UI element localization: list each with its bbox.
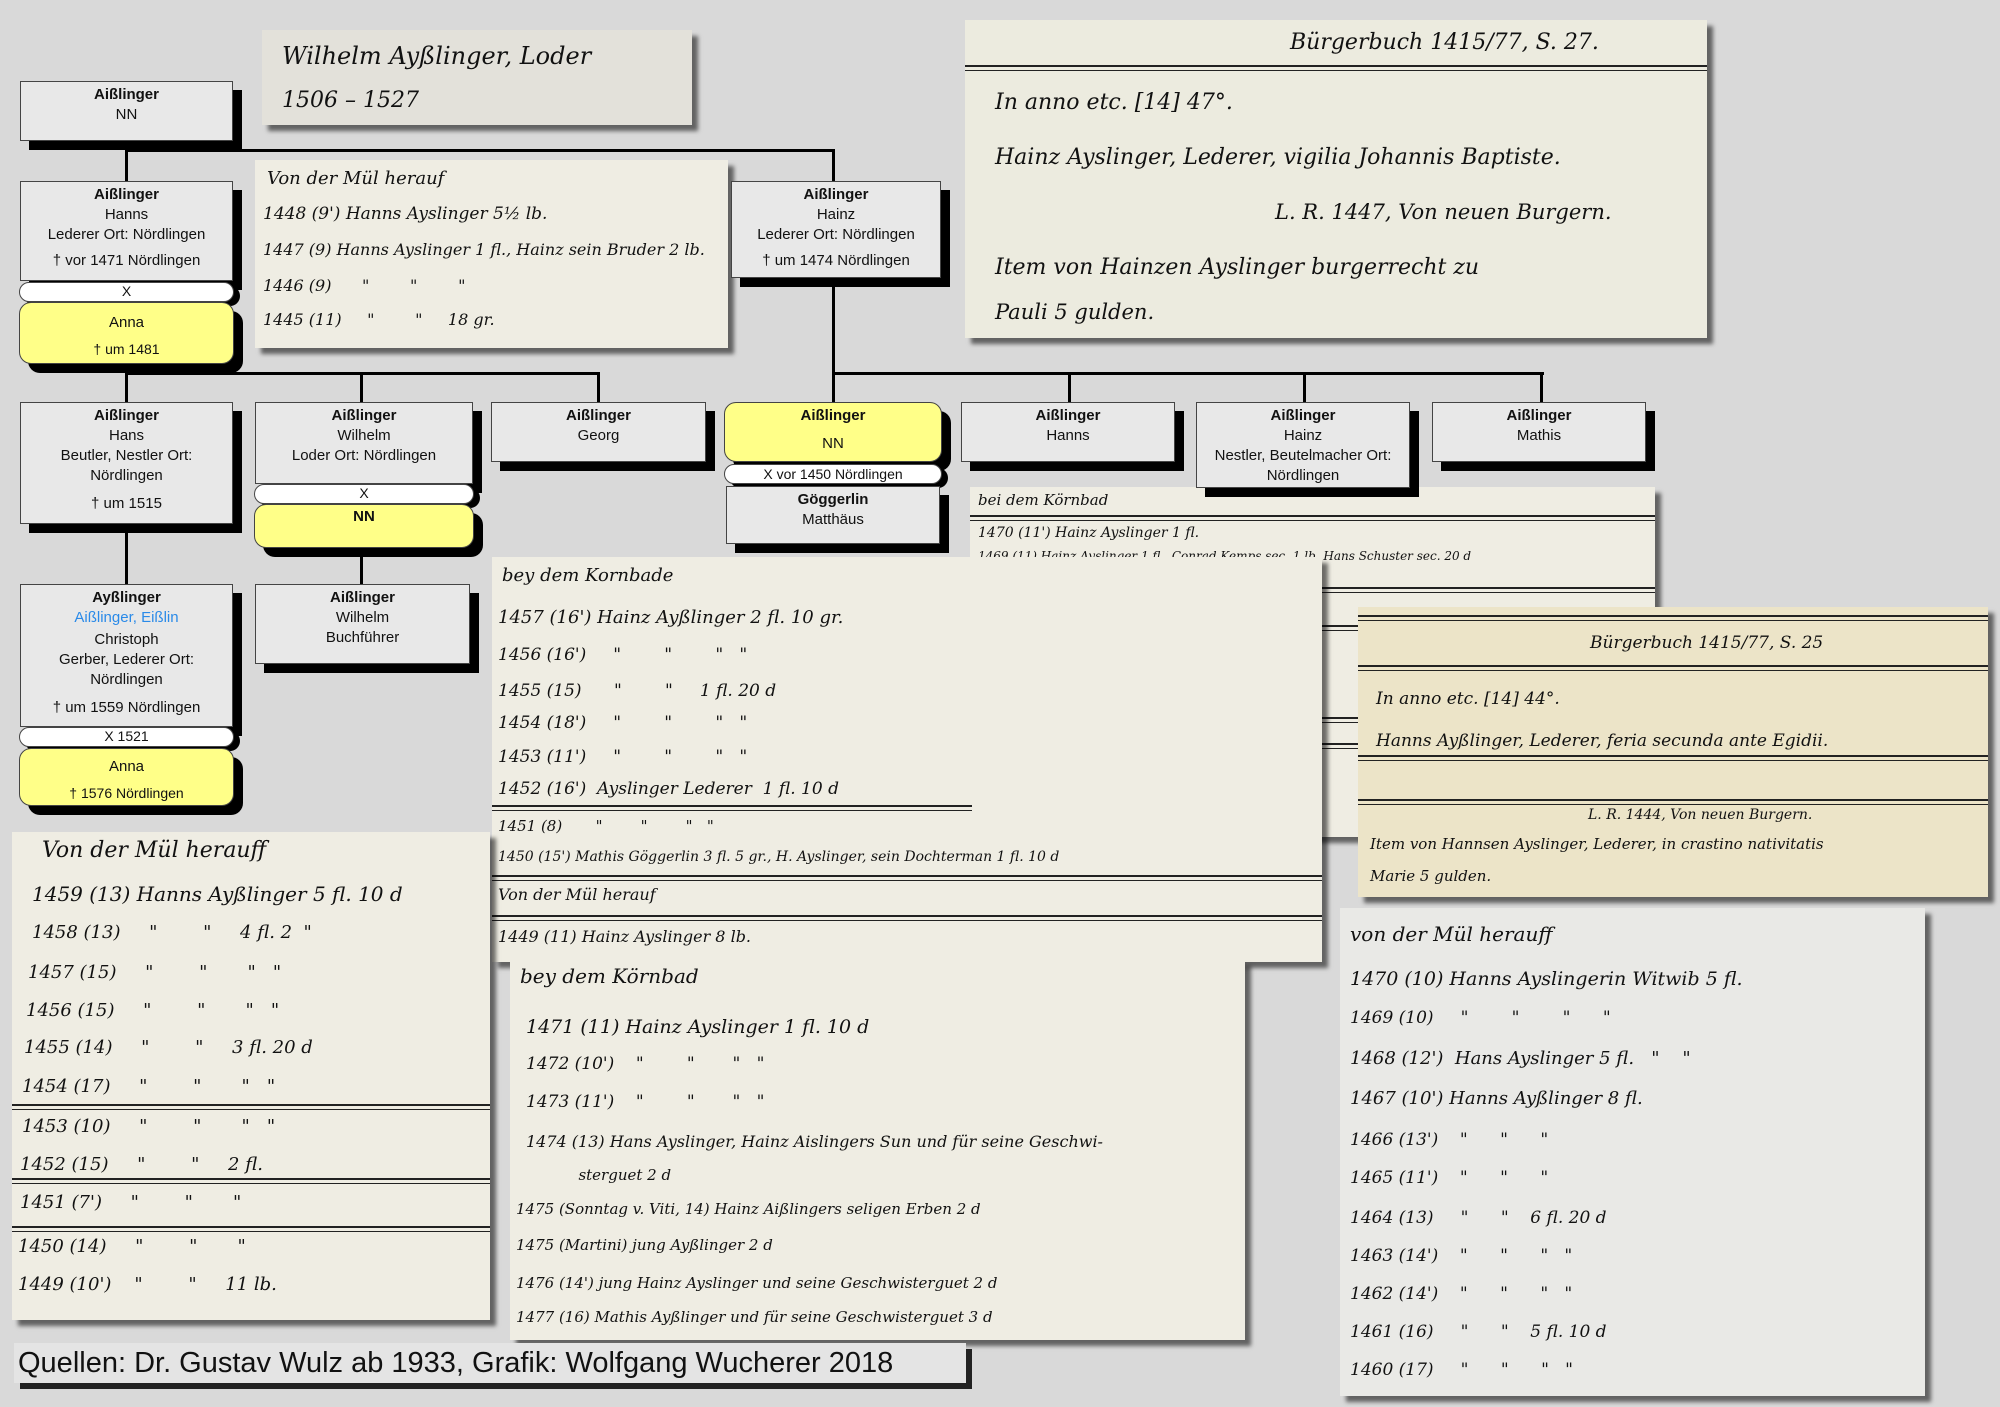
card-row: 1455 (15) " " 1 fl. 20 d xyxy=(498,681,776,701)
given-name: NN xyxy=(21,105,232,125)
given-name: Matthäus xyxy=(727,510,939,530)
given-name: Hanns xyxy=(962,426,1174,446)
divider xyxy=(492,875,1322,881)
connector xyxy=(832,149,835,181)
card-row: 1456 (15) " " " " xyxy=(26,1000,279,1021)
card-row: 1473 (11') " " " " xyxy=(526,1092,764,1112)
card-row: 1453 (11') " " " " xyxy=(498,747,747,767)
death: † vor 1471 Nördlingen xyxy=(21,251,232,271)
given-name: NN xyxy=(255,507,473,527)
card-row: 1447 (9) Hanns Ayslinger 1 fl., Hainz se… xyxy=(263,240,705,259)
card-row: 1475 (Martini) jung Ayßlinger 2 d xyxy=(516,1236,773,1254)
person-mathis[interactable]: Aißlinger Mathis xyxy=(1432,402,1646,462)
card-buergerbuch-27: Bürgerbuch 1415/77, S. 27. In anno etc. … xyxy=(965,20,1707,338)
card-muel-1460: von der Mül herauff 1470 (10) Hanns Aysl… xyxy=(1340,908,1925,1396)
card-row: 1466 (13') " " " xyxy=(1350,1130,1548,1150)
card-row: 1451 (8) " " " " xyxy=(498,817,714,835)
person-hainz-2[interactable]: Aißlinger Hainz Nestler, Beutelmacher Or… xyxy=(1196,402,1410,488)
given-name: NN xyxy=(725,434,941,454)
connector xyxy=(1540,372,1543,402)
card-row: 1446 (9) " " " xyxy=(263,276,465,295)
card-koernbad-1451: bey dem Kornbade 1457 (16') Hainz Ayßlin… xyxy=(492,557,1322,962)
card-row: L. R. 1444, Von neuen Burgern. xyxy=(1588,807,1812,823)
card-row: 1461 (16) " " 5 fl. 10 d xyxy=(1350,1322,1607,1342)
card-row: 1477 (16) Mathis Ayßlinger und für seine… xyxy=(516,1308,993,1326)
card-heading: bey dem Kornbade xyxy=(502,565,673,586)
given-name: Hans xyxy=(21,426,232,446)
surname: Aißlinger xyxy=(1197,406,1409,426)
surname: Aißlinger xyxy=(492,406,705,426)
card-row: In anno etc. [14] 44°. xyxy=(1376,689,1560,709)
card-row: 1475 (Sonntag v. Viti, 14) Hainz Aißling… xyxy=(516,1200,981,1218)
divider xyxy=(12,1178,490,1184)
occupation: Beutler, Nestler Ort: Nördlingen xyxy=(21,446,232,486)
card-row: 1462 (14') " " " " xyxy=(1350,1284,1572,1304)
surname: Ayßlinger xyxy=(21,588,232,608)
marriage-badge: X 1521 xyxy=(19,727,234,747)
occupation: Buchführer xyxy=(256,628,469,648)
card-row: 1469 (10) " " " " xyxy=(1350,1008,1611,1028)
card-row: L. R. 1447, Von neuen Burgern. xyxy=(1275,200,1612,224)
given-name: Hainz xyxy=(732,205,940,225)
card-heading: Bürgerbuch 1415/77, S. 25 xyxy=(1590,633,1823,653)
surname: Aißlinger xyxy=(725,406,941,426)
card-heading: bei dem Körnbad xyxy=(978,491,1108,509)
card-heading: Bürgerbuch 1415/77, S. 27. xyxy=(1290,30,1599,55)
card-line: Wilhelm Ayßlinger, Loder xyxy=(282,42,591,70)
person-georg[interactable]: Aißlinger Georg xyxy=(491,402,706,462)
card-row: 1464 (13) " " 6 fl. 20 d xyxy=(1350,1208,1607,1228)
surname: Aißlinger xyxy=(1433,406,1645,426)
person-wilhelm[interactable]: Aißlinger Wilhelm Loder Ort: Nördlingen xyxy=(255,402,473,484)
divider xyxy=(1358,615,1988,621)
person-hanns[interactable]: Aißlinger Hanns Lederer Ort: Nördlingen … xyxy=(20,181,233,281)
divider xyxy=(970,515,1655,521)
person-hans[interactable]: Aißlinger Hans Beutler, Nestler Ort: Nör… xyxy=(20,402,233,524)
card-row: 1449 (10') " " 11 lb. xyxy=(18,1274,277,1295)
person-christoph[interactable]: Ayßlinger Aißlinger, Eißlin Christoph Ge… xyxy=(20,584,233,727)
marriage-badge: X vor 1450 Nördlingen xyxy=(724,464,942,484)
spouse-nn[interactable]: NN xyxy=(254,504,474,548)
card-koernbad-1471: bey dem Körnbad 1471 (11) Hainz Ayslinge… xyxy=(510,960,1245,1340)
person-hanns-2[interactable]: Aißlinger Hanns xyxy=(961,402,1175,462)
person-nn-daughter[interactable]: Aißlinger NN xyxy=(724,402,942,462)
death: † um 1481 xyxy=(20,339,233,359)
card-row: 1465 (11') " " " xyxy=(1350,1168,1548,1188)
card-row: 1449 (11) Hainz Ayslinger 8 lb. xyxy=(498,927,751,946)
connector xyxy=(832,278,835,403)
card-row: 1455 (14) " " 3 fl. 20 d xyxy=(24,1037,313,1058)
divider xyxy=(1358,799,1988,805)
card-row: 1457 (16') Hainz Ayßlinger 2 fl. 10 gr. xyxy=(498,607,843,628)
surname: Göggerlin xyxy=(727,490,939,510)
spouse-anna-2[interactable]: Anna † 1576 Nördlingen xyxy=(19,748,234,806)
divider xyxy=(492,805,972,811)
person-wilhelm-buchfuehrer[interactable]: Aißlinger Wilhelm Buchführer xyxy=(255,584,470,664)
death: † um 1515 xyxy=(21,494,232,514)
card-line: 1506 – 1527 xyxy=(282,88,419,113)
divider xyxy=(1358,755,1988,761)
connector xyxy=(1303,372,1306,402)
surname: Aißlinger xyxy=(21,406,232,426)
card-heading: Von der Mül herauf xyxy=(267,168,444,189)
death: † 1576 Nördlingen xyxy=(20,783,233,803)
card-row: 1476 (14') jung Hainz Ayslinger und sein… xyxy=(516,1274,997,1292)
card-row: Marie 5 gulden. xyxy=(1370,867,1491,885)
occupation: Lederer Ort: Nördlingen xyxy=(21,225,232,245)
card-muel-1445: Von der Mül herauf 1448 (9') Hanns Aysli… xyxy=(255,160,728,348)
connector xyxy=(832,372,1544,375)
card-row: 1471 (11) Hainz Ayslinger 1 fl. 10 d xyxy=(526,1016,869,1038)
card-row: 1453 (10) " " " " xyxy=(22,1116,275,1137)
occupation: Gerber, Lederer Ort: Nördlingen xyxy=(21,650,232,690)
card-row: 1460 (17) " " " " xyxy=(1350,1360,1573,1380)
card-row: 1459 (13) Hanns Ayßlinger 5 fl. 10 d xyxy=(32,882,403,906)
occupation: Nestler, Beutelmacher Ort: Nördlingen xyxy=(1197,446,1409,486)
card-row: 1458 (13) " " 4 fl. 2 " xyxy=(32,922,312,943)
card-row: 1470 (10) Hanns Ayslingerin Witwib 5 fl. xyxy=(1350,968,1743,990)
card-row: Item von Hannsen Ayslinger, Lederer, in … xyxy=(1370,835,1824,853)
surname: Aißlinger xyxy=(21,185,232,205)
card-muel-1449: Von der Mül herauff 1459 (13) Hanns Ayßl… xyxy=(12,832,490,1320)
card-row: 1450 (15') Mathis Göggerlin 3 fl. 5 gr.,… xyxy=(498,849,1059,865)
surname: Aißlinger xyxy=(732,185,940,205)
card-row: 1452 (16') Ayslinger Lederer 1 fl. 10 d xyxy=(498,779,839,799)
given-name: Georg xyxy=(492,426,705,446)
surname: Aißlinger xyxy=(21,85,232,105)
person-root[interactable]: Aißlinger NN xyxy=(20,81,233,141)
card-subheading: Von der Mül herauf xyxy=(498,885,656,904)
occupation: Lederer Ort: Nördlingen xyxy=(732,225,940,245)
given-name: Wilhelm xyxy=(256,608,469,628)
divider xyxy=(1358,665,1988,671)
spouse-anna[interactable]: Anna † um 1481 xyxy=(19,302,234,364)
given-name: Anna xyxy=(20,757,233,777)
divider xyxy=(965,65,1707,71)
card-row: Hanns Ayßlinger, Lederer, feria secunda … xyxy=(1376,731,1828,751)
card-row: Pauli 5 gulden. xyxy=(995,300,1154,324)
card-row: 1454 (18') " " " " xyxy=(498,713,747,733)
card-row: 1463 (14') " " " " xyxy=(1350,1246,1572,1266)
death: † um 1559 Nördlingen xyxy=(21,698,232,718)
given-name: Mathis xyxy=(1433,426,1645,446)
marriage-badge: X xyxy=(254,484,474,504)
card-row: Item von Hainzen Ayslinger burgerrecht z… xyxy=(995,255,1479,280)
surname: Aißlinger xyxy=(962,406,1174,426)
given-name: Hanns xyxy=(21,205,232,225)
card-heading: Von der Mül herauff xyxy=(42,838,266,863)
card-buergerbuch-25: Bürgerbuch 1415/77, S. 25 In anno etc. [… xyxy=(1358,607,1988,897)
card-row: sterguet 2 d xyxy=(526,1166,671,1184)
given-name: Anna xyxy=(20,313,233,333)
connector xyxy=(125,140,128,182)
divider xyxy=(12,1226,490,1232)
card-row: 1474 (13) Hans Ayslinger, Hainz Aislinge… xyxy=(526,1132,1103,1151)
source-caption: Quellen: Dr. Gustav Wulz ab 1933, Grafik… xyxy=(14,1343,966,1383)
card-row: 1470 (11') Hainz Ayslinger 1 fl. xyxy=(978,525,1199,541)
connector xyxy=(125,149,835,152)
card-row: 1445 (11) " " 18 gr. xyxy=(263,310,495,329)
card-row: 1448 (9') Hanns Ayslinger 5½ lb. xyxy=(263,204,547,224)
card-row: 1452 (15) " " 2 fl. xyxy=(20,1154,263,1175)
card-heading: bey dem Körnbad xyxy=(520,964,699,988)
surname: Aißlinger xyxy=(256,588,469,608)
card-row: 1451 (7') " " " xyxy=(20,1192,241,1213)
surname: Aißlinger xyxy=(256,406,472,426)
card-row: Hainz Ayslinger, Lederer, vigilia Johann… xyxy=(995,145,1561,170)
death: † um 1474 Nördlingen xyxy=(732,251,940,271)
connector xyxy=(597,372,600,402)
given-name: Christoph xyxy=(21,630,232,650)
connector xyxy=(360,372,363,402)
connector xyxy=(360,552,363,584)
card-row: In anno etc. [14] 47°. xyxy=(995,90,1233,115)
card-row: 1450 (14) " " " xyxy=(18,1236,246,1257)
occupation: Loder Ort: Nördlingen xyxy=(256,446,472,466)
card-row: 1456 (16') " " " " xyxy=(498,645,747,665)
card-heading: von der Mül herauff xyxy=(1350,922,1553,946)
card-wilhelm: Wilhelm Ayßlinger, Loder 1506 – 1527 xyxy=(262,30,692,125)
card-row: 1457 (15) " " " " xyxy=(28,962,281,983)
person-hainz[interactable]: Aißlinger Hainz Lederer Ort: Nördlingen … xyxy=(731,181,941,278)
marriage-badge: X xyxy=(19,282,234,302)
connector xyxy=(1068,372,1071,402)
card-row: 1468 (12') Hans Ayslinger 5 fl. " " xyxy=(1350,1048,1691,1069)
given-name: Hainz xyxy=(1197,426,1409,446)
alternate-names: Aißlinger, Eißlin xyxy=(21,608,232,628)
card-row: 1467 (10') Hanns Ayßlinger 8 fl. xyxy=(1350,1088,1643,1109)
divider xyxy=(492,915,1322,921)
divider xyxy=(12,1104,490,1110)
card-row: 1454 (17) " " " " xyxy=(22,1076,275,1097)
connector xyxy=(125,524,128,584)
card-row: 1472 (10') " " " " xyxy=(526,1054,764,1074)
given-name: Wilhelm xyxy=(256,426,472,446)
spouse-goeggerlin[interactable]: Göggerlin Matthäus xyxy=(726,486,940,544)
